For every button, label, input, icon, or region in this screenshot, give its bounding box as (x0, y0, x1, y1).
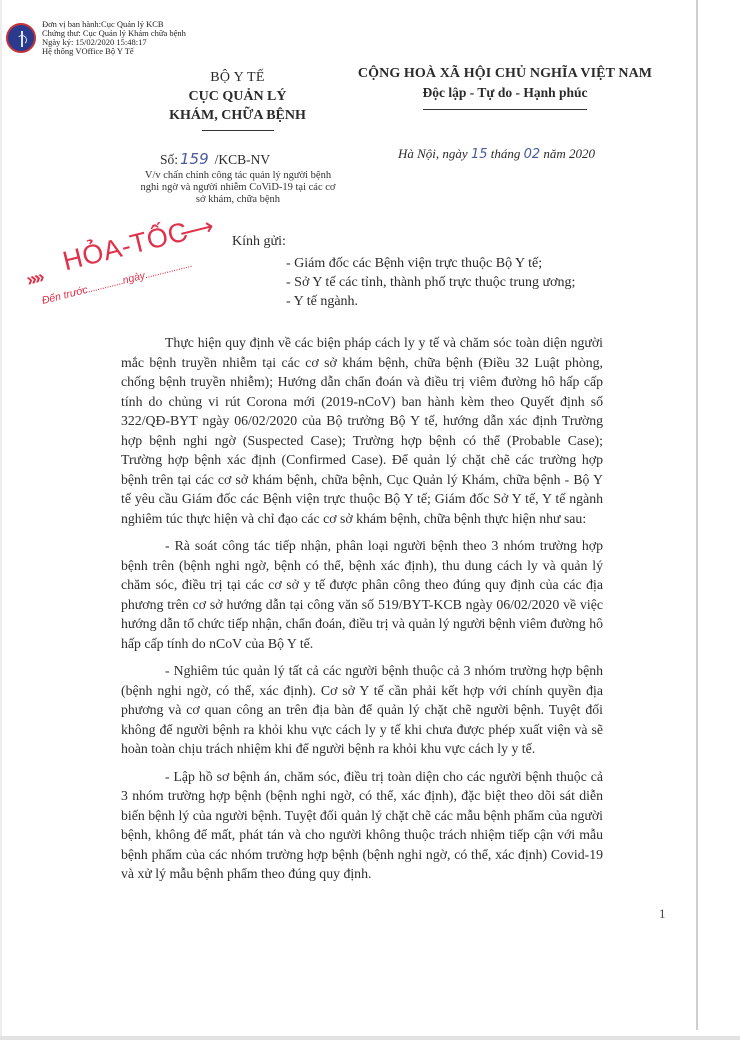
ministry-logo-icon (6, 23, 36, 53)
body-paragraph: - Rà soát công tác tiếp nhận, phân loại … (121, 536, 603, 653)
doc-number-prefix: Số: (160, 152, 178, 167)
stamp-chevrons-icon: »»» (24, 268, 41, 291)
date-month-handwritten: 02 (524, 147, 541, 162)
stamp-deadline-prefix: Đến trước (41, 284, 89, 307)
issuing-agency-header: BỘ Y TẾ CỤC QUẢN LÝ KHÁM, CHỮA BỆNH (150, 68, 325, 131)
recipient-item: - Giám đốc các Bệnh viện trực thuộc Bộ Y… (286, 254, 575, 273)
year-label: năm 2020 (543, 146, 595, 161)
page-edge-right (696, 0, 698, 1030)
digital-signature-block: Đơn vị ban hành:Cục Quản lý KCB Chứng th… (6, 20, 186, 56)
body-paragraph: Thực hiện quy định về các biện pháp cách… (121, 333, 603, 528)
place-and-date: Hà Nội, ngày 15 tháng 02 năm 2020 (398, 146, 595, 162)
urgent-stamp: »»» HỎA-TỐC ⟶ Đến trước...............ng… (17, 186, 253, 331)
body-paragraph: - Lập hồ sơ bệnh án, chăm sóc, điều trị … (121, 767, 603, 884)
stamp-deadline-dots: ............... (86, 275, 124, 295)
national-motto: Độc lập - Tự do - Hạnh phúc (340, 83, 670, 102)
document-number: Số:159/KCB-NV (160, 150, 270, 168)
department-name-line2: KHÁM, CHỮA BỆNH (150, 106, 325, 125)
ministry-name: BỘ Y TẾ (150, 68, 325, 87)
recipient-item: - Y tế ngành. (286, 292, 575, 311)
stamp-deadline-day: ngày (121, 270, 146, 287)
country-name: CỘNG HOÀ XÃ HỘI CHỦ NGHĨA VIỆT NAM (340, 64, 670, 83)
month-label: tháng (491, 146, 521, 161)
date-day-handwritten: 15 (471, 147, 488, 162)
department-name-line1: CỤC QUẢN LÝ (150, 87, 325, 106)
document-body: Thực hiện quy định về các biện pháp cách… (121, 333, 603, 892)
page-edge-bottom (0, 1036, 740, 1040)
doc-number-handwritten: 159 (180, 150, 209, 168)
page-edge-left (0, 0, 2, 1040)
doc-number-suffix: /KCB-NV (215, 152, 271, 167)
body-paragraph: - Nghiêm túc quản lý tất cả các người bệ… (121, 661, 603, 759)
page-number: 1 (659, 906, 666, 922)
stamp-deadline-dots: .................... (143, 258, 193, 281)
signature-system: Hệ thống VOffice Bộ Y Tế (42, 47, 186, 56)
recipient-item: - Sở Y tế các tỉnh, thành phố trực thuộc… (286, 273, 575, 292)
recipients-label: Kính gửi: (232, 234, 286, 250)
header-left-divider (202, 130, 274, 131)
signature-details: Đơn vị ban hành:Cục Quản lý KCB Chứng th… (42, 20, 186, 56)
recipients-list: - Giám đốc các Bệnh viện trực thuộc Bộ Y… (286, 254, 575, 311)
national-header: CỘNG HOÀ XÃ HỘI CHỦ NGHĨA VIỆT NAM Độc l… (340, 64, 670, 110)
header-right-divider (423, 109, 587, 110)
place-date-prefix: Hà Nội, ngày (398, 146, 468, 161)
